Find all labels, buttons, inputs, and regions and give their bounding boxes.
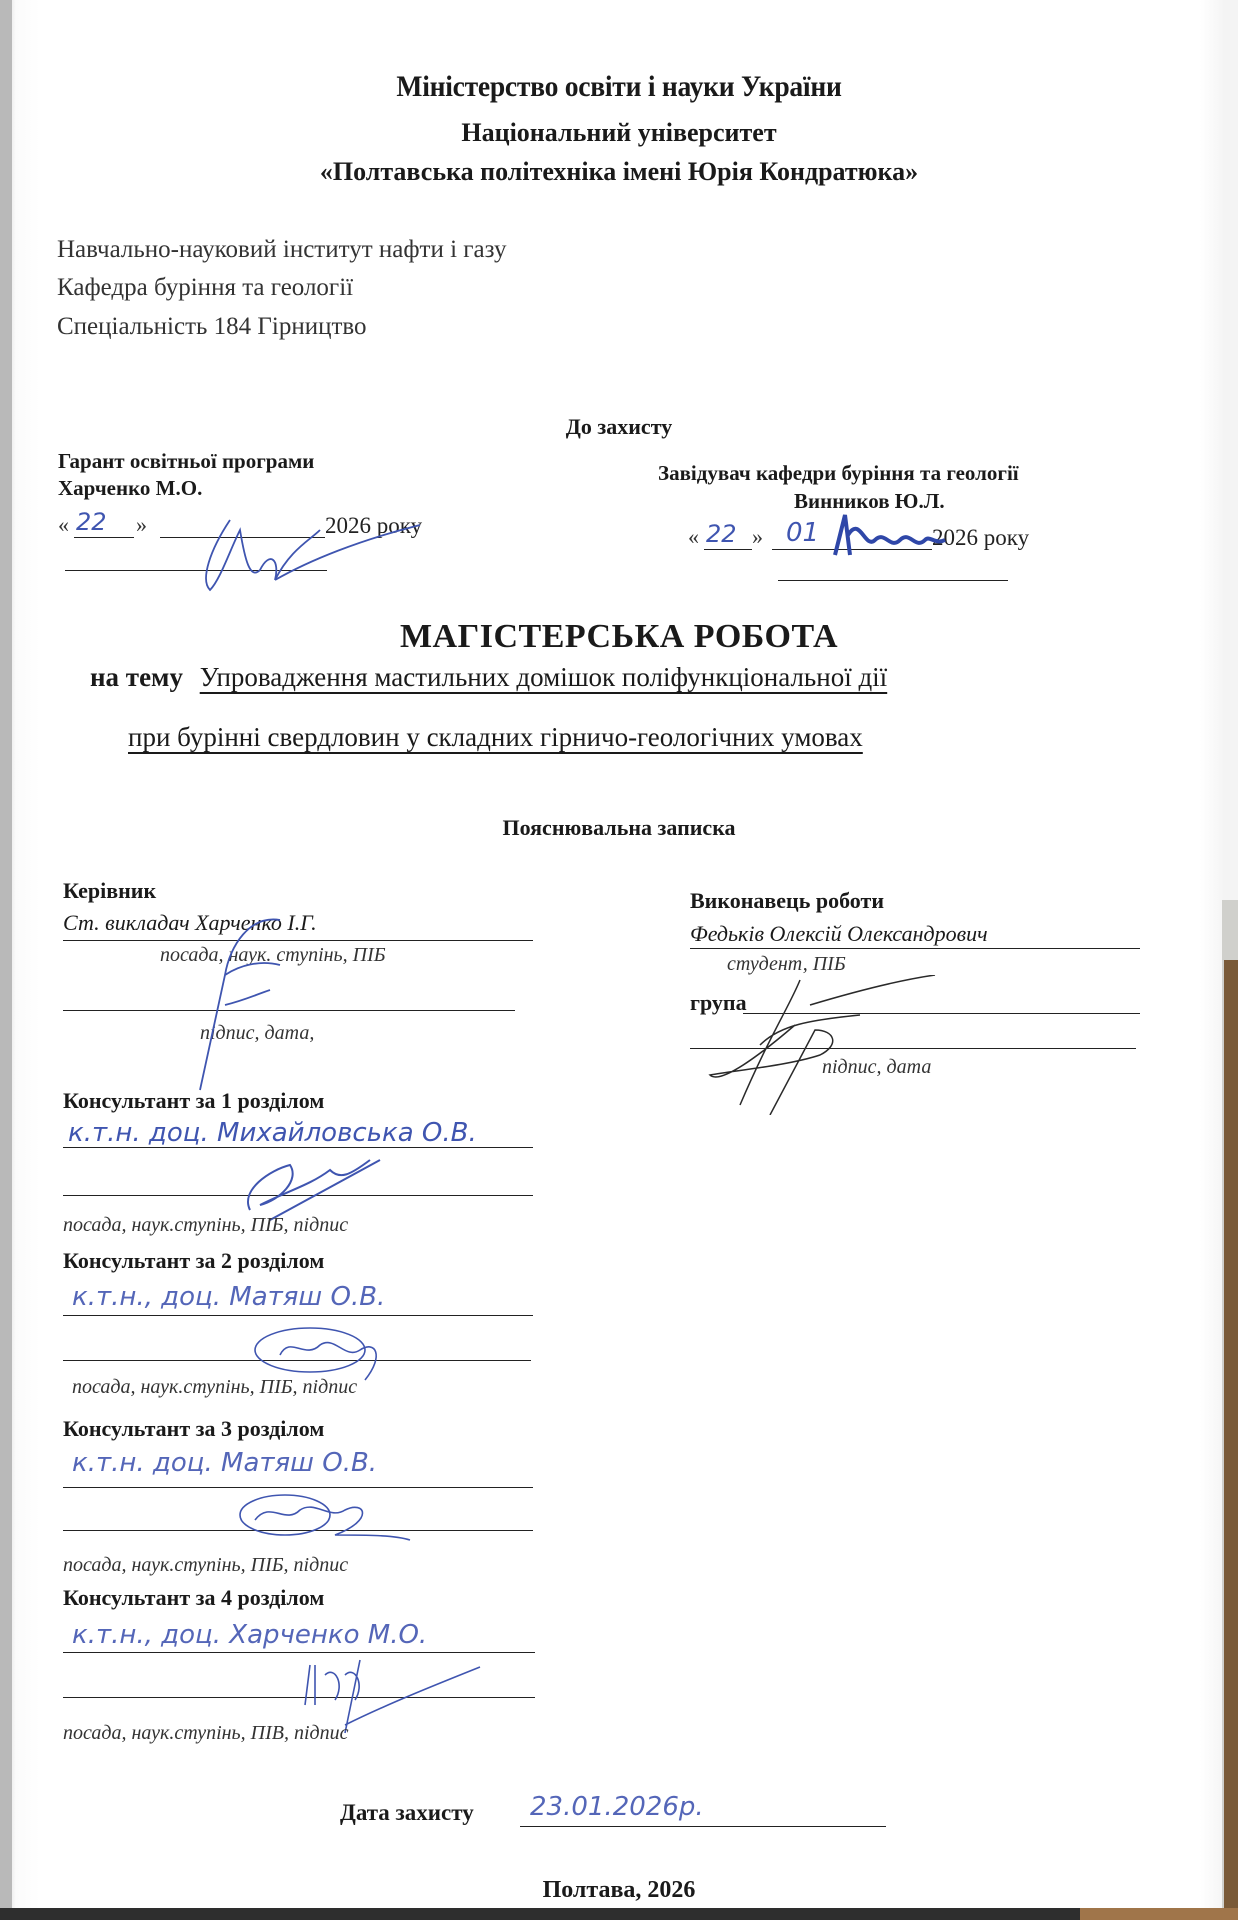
university-full-name: «Полтавська політехніка імені Юрія Кондр… bbox=[0, 157, 1238, 187]
consultant-3-signature bbox=[235, 1490, 415, 1560]
consultant-3-value-line bbox=[63, 1487, 533, 1488]
consultant-2-value-line bbox=[63, 1315, 533, 1316]
guarantor-signature bbox=[190, 510, 430, 600]
head-date-close: » bbox=[752, 524, 763, 550]
head-day: 22 bbox=[706, 520, 737, 548]
department-name: Кафедра буріння та геології bbox=[57, 274, 353, 302]
consultant-3-value: к.т.н. доц. Матяш О.В. bbox=[72, 1448, 377, 1478]
head-month: 01 bbox=[786, 518, 819, 548]
consultant-2-label: Консультант за 2 розділом bbox=[63, 1248, 324, 1274]
student-value-line bbox=[690, 948, 1140, 949]
consultant-3-caption: посада, наук.ступінь, ПІБ, підпис bbox=[63, 1554, 348, 1577]
student-value: Федьків Олексій Олександрович bbox=[690, 921, 988, 947]
head-signature bbox=[820, 505, 950, 565]
guarantor-date-close: » bbox=[136, 512, 147, 538]
explanatory-note-title: Пояснювальна записка bbox=[0, 815, 1238, 841]
defense-date-value: 23.01.2026р. bbox=[530, 1792, 704, 1822]
consultant-2-caption: посада, наук.ступінь, ПІБ, підпис bbox=[72, 1376, 357, 1399]
topic-prefix: на тему bbox=[90, 662, 183, 692]
student-caption: студент, ПІБ bbox=[727, 953, 846, 976]
approval-heading: До захисту bbox=[0, 414, 1238, 440]
consultant-4-value-line bbox=[63, 1652, 535, 1653]
defense-date-label: Дата захисту bbox=[340, 1800, 474, 1826]
page-left-shadow bbox=[0, 0, 12, 1920]
guarantor-role: Гарант освітньої програми bbox=[58, 449, 314, 474]
document-page: Міністерство освіти і науки України Наці… bbox=[0, 0, 1238, 1920]
consultant-1-label: Консультант за 1 розділом bbox=[63, 1088, 324, 1114]
consultant-4-caption: посада, наук.ступінь, ПІВ, підпис bbox=[63, 1722, 349, 1745]
ministry-title: Міністерство освіти і науки України bbox=[50, 70, 1189, 104]
consultant-4-label: Консультант за 4 розділом bbox=[63, 1585, 324, 1611]
consultant-4-value: к.т.н., доц. Харченко М.О. bbox=[72, 1620, 427, 1650]
consultant-1-caption: посада, наук.ступінь, ПІБ, підпис bbox=[63, 1214, 348, 1237]
supervisor-signature bbox=[170, 915, 310, 1095]
supervisor-label: Керівник bbox=[63, 878, 156, 904]
consultant-2-value: к.т.н., доц. Матяш О.В. bbox=[72, 1282, 385, 1312]
specialty-name: Спеціальність 184 Гірництво bbox=[57, 313, 367, 341]
university-name: Національний університет bbox=[0, 118, 1238, 148]
topic-line-1: Упровадження мастильних домішок поліфунк… bbox=[200, 662, 888, 692]
table-background-bottom bbox=[1080, 1908, 1238, 1920]
head-day-line bbox=[704, 549, 752, 550]
page-bottom-shadow bbox=[0, 1908, 1238, 1920]
defense-date-line bbox=[520, 1826, 886, 1827]
guarantor-name: Харченко М.О. bbox=[58, 476, 202, 501]
student-label: Виконавець роботи bbox=[690, 888, 884, 914]
consultant-3-label: Консультант за 3 розділом bbox=[63, 1416, 324, 1442]
day-line bbox=[74, 537, 134, 538]
topic-line-2: при бурінні свердловин у складних гірнич… bbox=[128, 722, 863, 753]
head-date-open: « bbox=[688, 524, 699, 550]
city-year: Полтава, 2026 bbox=[0, 1877, 1238, 1904]
guarantor-day: 22 bbox=[76, 508, 107, 536]
table-background bbox=[1224, 960, 1238, 1920]
guarantor-date-open: « bbox=[58, 512, 69, 538]
work-type-title: МАГІСТЕРСЬКА РОБОТА bbox=[0, 618, 1238, 656]
consultant-1-value-line bbox=[63, 1147, 533, 1148]
head-signature-line bbox=[778, 580, 1008, 581]
student-signature bbox=[700, 975, 940, 1115]
head-of-department-role: Завідувач кафедри буріння та геології bbox=[658, 461, 1019, 486]
institute-name: Навчально-науковий інститут нафти і газу bbox=[57, 236, 507, 264]
consultant-1-value: к.т.н. доц. Михайловська О.В. bbox=[68, 1118, 477, 1148]
